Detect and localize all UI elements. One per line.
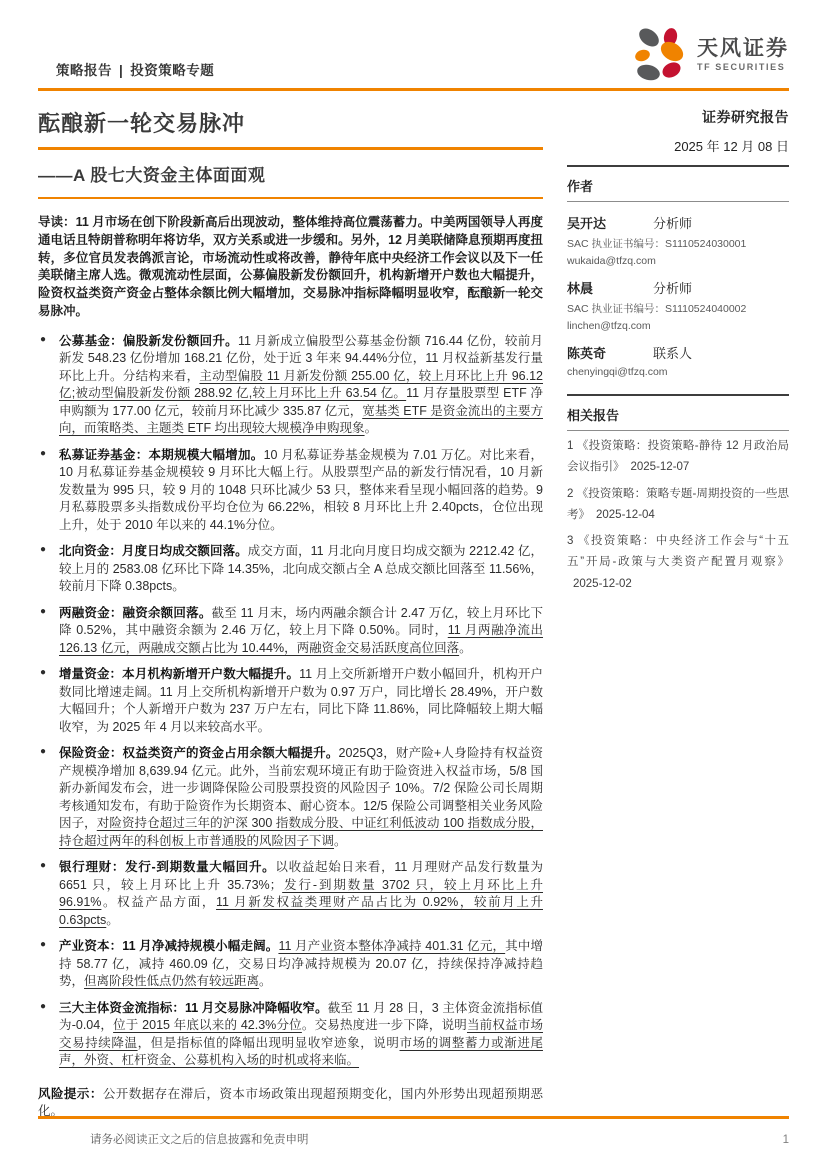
content-columns: 酝酿新一轮交易脉冲 ——A 股七大资金主体面面观 导读：11 月市场在创下阶段新… <box>38 99 789 1134</box>
bullet-segment: 对险资持仓超过三年的沪深 300 指数成分股、中证红利低波动 100 指数成分股… <box>59 816 543 848</box>
authors-heading: 作者 <box>567 176 789 195</box>
bullet-segment: 位于 2015 年底以来的 42.3%分位 <box>113 1018 302 1032</box>
report-bullet: ●两融资金：融资余额回落。截至 11 月末，场内两融余额合计 2.47 万亿，较… <box>38 605 543 658</box>
report-bullet: ●产业资本：11 月净减持规模小幅走阔。11 月产业资本整体净减持 401.31… <box>38 938 543 991</box>
bullet-segment: 。 <box>459 641 472 655</box>
report-bullet: ●公募基金：偏股新发份额回升。11 月新成立偏股型公募基金份额 716.44 亿… <box>38 333 543 438</box>
logo-petal-grey-bottom <box>636 62 662 82</box>
title-divider <box>38 147 543 150</box>
bullet-segment: 。 <box>334 834 347 848</box>
intro-paragraph: 导读：11 月市场在创下阶段新高后出现波动，整体维持高位震荡蓄力。中美两国领导人… <box>38 214 543 321</box>
related-date: 2025-12-04 <box>596 509 655 521</box>
logo-petal-orange-small <box>634 48 652 63</box>
bullet-marker-icon: ● <box>40 666 46 680</box>
report-subtitle: ——A 股七大资金主体面面观 <box>38 161 543 186</box>
related-index: 1 <box>567 440 573 452</box>
report-bullet: ●保险资金：权益类资产的资金占用余额大幅提升。2025Q3，财产险+人身险持有权… <box>38 745 543 850</box>
bullet-marker-icon: ● <box>40 859 46 873</box>
author-cert: SAC 执业证书编号：S1110524040002 <box>567 301 789 316</box>
related-date: 2025-12-07 <box>631 461 690 473</box>
author-name: 林晨 <box>567 278 653 297</box>
related-heading-divider <box>567 430 789 431</box>
related-title: 《投资策略：中央经济工作会与“十五五”开局-政策与大类资产配置月观察》 <box>567 535 789 568</box>
authors-heading-divider <box>567 201 789 202</box>
main-column: 酝酿新一轮交易脉冲 ——A 股七大资金主体面面观 导读：11 月市场在创下阶段新… <box>38 99 543 1134</box>
bullet-lead: 私募证券基金：本期规模大幅增加。 <box>59 448 264 462</box>
sidebar-divider <box>567 165 789 167</box>
report-header: 策略报告|投资策略专题 天风证券 TF SECURITIES <box>38 28 789 82</box>
author-entry: 林晨分析师 SAC 执业证书编号：S1110524040002 linchen@… <box>567 278 789 332</box>
category-separator: | <box>119 63 123 78</box>
report-type-label: 证券研究报告 <box>567 107 789 127</box>
logo-petal-orange <box>657 38 686 65</box>
report-bullet: ●增量资金：本月机构新增开户数大幅提升。11 月上交所新增开户数小幅回升，机构开… <box>38 666 543 736</box>
related-heading: 相关报告 <box>567 405 789 424</box>
bullet-marker-icon: ● <box>40 447 46 461</box>
tf-securities-logo: 天风证券 TF SECURITIES <box>633 28 789 82</box>
logo-wordmark: 天风证券 TF SECURITIES <box>697 38 789 72</box>
header-divider <box>38 88 789 91</box>
bullet-marker-icon: ● <box>40 543 46 557</box>
author-email: chenyingqi@tfzq.com <box>567 366 789 378</box>
logo-flower-icon <box>633 28 687 82</box>
bullet-list: ●公募基金：偏股新发份额回升。11 月新成立偏股型公募基金份额 716.44 亿… <box>38 333 543 1070</box>
author-name-row: 林晨分析师 <box>567 278 789 297</box>
author-email: linchen@tfzq.com <box>567 320 789 332</box>
author-cert: SAC 执业证书编号：S1110524030001 <box>567 236 789 251</box>
bullet-lead: 两融资金：融资余额回落。 <box>59 606 212 620</box>
author-name-row: 吴开达分析师 <box>567 213 789 232</box>
bullet-marker-icon: ● <box>40 1000 46 1014</box>
footer-disclaimer: 请务必阅读正文之后的信息披露和免责申明 <box>38 1131 309 1147</box>
report-page: 策略报告|投资策略专题 天风证券 TF SECURITIES 酝酿新一轮交易脉冲… <box>0 0 827 1134</box>
author-role: 分析师 <box>653 281 692 296</box>
bullet-marker-icon: ● <box>40 605 46 619</box>
category-right: 投资策略专题 <box>130 63 214 78</box>
page-footer: 请务必阅读正文之后的信息披露和免责申明 1 <box>38 1110 789 1147</box>
bullet-segment: 。交易热度进一步下降，说明 <box>302 1018 467 1032</box>
related-report: 1 《投资策略：投资策略-静待 12 月政治局会议指引》2025-12-07 <box>567 436 789 479</box>
bullet-lead: 公募基金：偏股新发份额回升。 <box>59 334 238 348</box>
bullet-segment: ，但是指标值的降幅出现明显收窄迹象，说明 <box>138 1036 400 1050</box>
author-role: 分析师 <box>653 216 692 231</box>
bullet-text: 2025Q3，财产险+人身险持有权益资产规模净增加 8,639.94 亿元。此外… <box>59 746 543 848</box>
logo-name-en: TF SECURITIES <box>697 62 789 72</box>
bullet-lead: 增量资金：本月机构新增开户数大幅提升。 <box>59 667 299 681</box>
author-name: 吴开达 <box>567 213 653 232</box>
footer-divider <box>38 1116 789 1119</box>
logo-petal-grey <box>636 25 663 50</box>
bullet-lead: 三大主体资金流指标：11 月交易脉冲降幅收窄。 <box>59 1001 328 1015</box>
bullet-segment: 但离阶段性低点仍然有较远距离 <box>84 974 259 988</box>
page-number: 1 <box>783 1134 789 1146</box>
related-report: 2 《投资策略：策略专题-周期投资的一些思考》2025-12-04 <box>567 484 789 527</box>
bullet-text: 11 月新成立偏股型公募基金份额 716.44 亿份，较前月新发 548.23 … <box>59 334 543 436</box>
author-entry: 吴开达分析师 SAC 执业证书编号：S1110524030001 wukaida… <box>567 213 789 267</box>
bullet-segment: 。 <box>259 974 272 988</box>
related-index: 2 <box>567 488 573 500</box>
logo-name-cn: 天风证券 <box>697 38 789 59</box>
logo-petal-crimson <box>660 59 683 80</box>
subtitle-divider <box>38 197 543 200</box>
bullet-lead: 保险资金：权益类资产的资金占用余额大幅提升。 <box>59 746 339 760</box>
report-bullet: ●银行理财：发行-到期数量大幅回升。以收益起始日来看，11 月理财产品发行数量为… <box>38 859 543 929</box>
bullet-segment: 。权益产品方面， <box>101 895 216 909</box>
bullet-segment: 11 月产业资本整体净减持 401.31 亿元， <box>278 939 505 953</box>
bullet-marker-icon: ● <box>40 333 46 347</box>
sidebar: 证券研究报告 2025 年 12 月 08 日 作者 吴开达分析师 SAC 执业… <box>567 99 789 1134</box>
related-report: 3 《投资策略：中央经济工作会与“十五五”开局-政策与大类资产配置月观察》202… <box>567 531 789 595</box>
report-category: 策略报告|投资策略专题 <box>38 59 214 82</box>
sidebar-divider-2 <box>567 394 789 396</box>
bullet-marker-icon: ● <box>40 938 46 952</box>
author-entry: 陈英奇联系人 chenyingqi@tfzq.com <box>567 343 789 378</box>
report-bullet: ●私募证券基金：本期规模大幅增加。10 月私募证券基金规模为 7.01 万亿。对… <box>38 447 543 535</box>
author-role: 联系人 <box>653 346 692 361</box>
author-name-row: 陈英奇联系人 <box>567 343 789 362</box>
risk-lead: 风险提示： <box>38 1087 103 1101</box>
author-name: 陈英奇 <box>567 343 653 362</box>
related-list: 1 《投资策略：投资策略-静待 12 月政治局会议指引》2025-12-072 … <box>567 436 789 595</box>
report-bullet: ●北向资金：月度日均成交额回落。成交方面，11 月北向月度日均成交额为 2212… <box>38 543 543 596</box>
bullet-lead: 银行理财：发行-到期数量大幅回升。 <box>59 860 275 874</box>
bullet-segment: 。 <box>365 421 378 435</box>
bullet-lead: 产业资本：11 月净减持规模小幅走阔。 <box>59 939 278 953</box>
bullet-marker-icon: ● <box>40 745 46 759</box>
bullet-lead: 北向资金：月度日均成交额回落。 <box>59 544 248 558</box>
authors-list: 吴开达分析师 SAC 执业证书编号：S1110524030001 wukaida… <box>567 213 789 378</box>
related-date: 2025-12-02 <box>573 578 632 590</box>
author-email: wukaida@tfzq.com <box>567 255 789 267</box>
bullet-segment: 。 <box>106 913 119 927</box>
report-date: 2025 年 12 月 08 日 <box>567 136 789 155</box>
intro-lead: 导读： <box>38 215 76 229</box>
report-title: 酝酿新一轮交易脉冲 <box>38 107 543 138</box>
related-index: 3 <box>567 535 573 547</box>
report-bullet: ●三大主体资金流指标：11 月交易脉冲降幅收窄。截至 11 月 28 日，3 主… <box>38 1000 543 1070</box>
intro-text: 11 月市场在创下阶段新高后出现波动，整体维持高位震荡蓄力。中美两国领导人再度通… <box>38 215 543 318</box>
category-left: 策略报告 <box>56 63 112 78</box>
